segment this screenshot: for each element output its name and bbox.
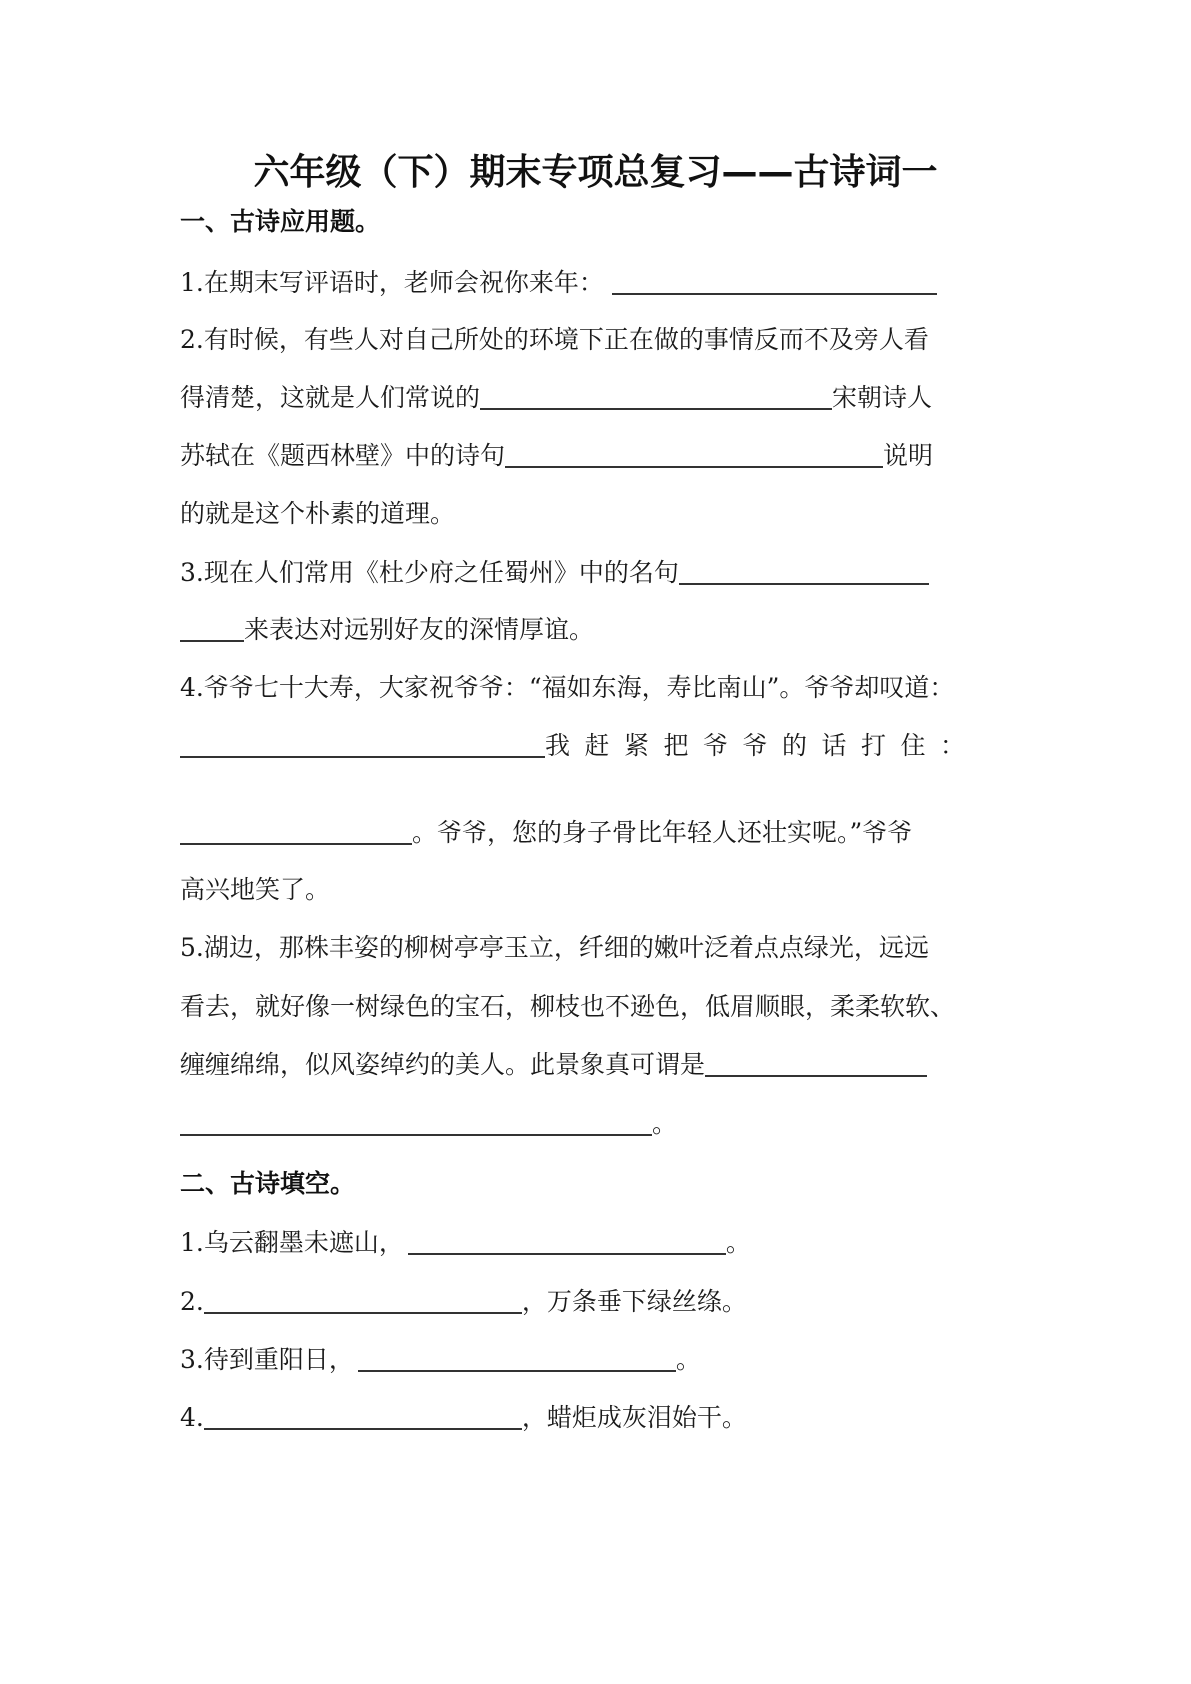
answer-blank[interactable] (505, 440, 883, 468)
question-text: 宋朝诗人 (832, 383, 932, 412)
question-1-3-line-1: 3.现在人们常用《杜少府之任蜀州》中的名句 (180, 555, 1010, 591)
question-1-5-line-3: 缠缠绵绵，似风姿绰约的美人。此景象真可谓是 (180, 1047, 1010, 1083)
question-1-2-line-4: 的就是这个朴素的道理。 (180, 496, 1010, 532)
answer-blank[interactable] (180, 817, 412, 845)
question-2-2: 2.，万条垂下绿丝绦。 (180, 1284, 1010, 1320)
question-text: 1.乌云翻墨未遮山， (180, 1228, 404, 1257)
question-1-5-line-1: 5.湖边，那株丰姿的柳树亭亭玉立，纤细的嫩叶泛着点点绿光，远远 (180, 930, 1010, 966)
question-text: 2.有时候，有些人对自己所处的环境下正在做的事情反而不及旁人看 (180, 322, 929, 358)
question-text: 的就是这个朴素的道理。 (180, 499, 455, 528)
question-1-4-line-2: 我赶紧把爷爷的话打住： (180, 728, 1010, 764)
question-text: 。 (652, 1109, 677, 1138)
answer-blank[interactable] (180, 730, 545, 758)
question-text: 苏轼在《题西林壁》中的诗句 (180, 441, 505, 470)
question-1-4-line-4: 高兴地笑了。 (180, 872, 1010, 908)
answer-blank[interactable] (612, 267, 937, 295)
answer-blank[interactable] (705, 1049, 927, 1077)
question-text: 3.待到重阳日， (180, 1345, 354, 1374)
question-1-2-line-1: 2.有时候，有些人对自己所处的环境下正在做的事情反而不及旁人看 (180, 322, 1010, 358)
question-text: ，万条垂下绿丝绦。 (522, 1287, 747, 1316)
question-text: 高兴地笑了。 (180, 875, 330, 904)
question-text: 3.现在人们常用《杜少府之任蜀州》中的名句 (180, 558, 679, 587)
answer-blank[interactable] (408, 1227, 726, 1255)
page-title: 六年级（下）期末专项总复习——古诗词一 (0, 148, 1191, 198)
question-text: 5.湖边，那株丰姿的柳树亭亭玉立，纤细的嫩叶泛着点点绿光，远远 (180, 933, 929, 962)
question-1-1: 1.在期末写评语时，老师会祝你来年： (180, 265, 1010, 301)
question-text: 说明 (883, 441, 933, 470)
question-1-4-line-3: 。爷爷，您的身子骨比年轻人还壮实呢。”爷爷 (180, 815, 1010, 851)
question-1-3-line-2: 来表达对远别好友的深情厚谊。 (180, 612, 1010, 648)
answer-blank-continued[interactable] (180, 1108, 652, 1136)
question-text: 来表达对远别好友的深情厚谊。 (244, 615, 594, 644)
question-text: 我赶紧把爷爷的话打住： (545, 731, 980, 760)
section-heading-2: 二、古诗填空。 (180, 1166, 355, 1202)
question-1-2-line-3: 苏轼在《题西林壁》中的诗句说明 (180, 438, 1010, 474)
question-text: 。爷爷，您的身子骨比年轻人还壮实呢。”爷爷 (412, 818, 912, 847)
question-text: 看去，就好像一树绿色的宝石，柳枝也不逊色，低眉顺眼，柔柔软软、 (180, 992, 955, 1021)
question-text: ，蜡炬成灰泪始干。 (522, 1403, 747, 1432)
question-2-4: 4.，蜡炬成灰泪始干。 (180, 1400, 1010, 1436)
answer-blank[interactable] (204, 1402, 522, 1430)
question-text: 1.在期末写评语时，老师会祝你来年： (180, 268, 604, 297)
answer-blank[interactable] (480, 382, 832, 410)
answer-blank[interactable] (679, 557, 929, 585)
question-text: 得清楚，这就是人们常说的 (180, 383, 480, 412)
answer-blank[interactable] (204, 1286, 522, 1314)
question-text: 4. (180, 1403, 204, 1432)
question-1-5-line-4: 。 (180, 1106, 1010, 1142)
question-1-5-line-2: 看去，就好像一树绿色的宝石，柳枝也不逊色，低眉顺眼，柔柔软软、 (180, 989, 1010, 1025)
question-1-4-line-1: 4.爷爷七十大寿，大家祝爷爷：“福如东海，寿比南山”。爷爷却叹道： (180, 670, 1010, 706)
question-text: 2. (180, 1287, 204, 1316)
question-text: 。 (676, 1345, 701, 1374)
section-heading-1: 一、古诗应用题。 (180, 204, 380, 240)
question-text: 缠缠绵绵，似风姿绰约的美人。此景象真可谓是 (180, 1050, 705, 1079)
question-1-2-line-2: 得清楚，这就是人们常说的宋朝诗人 (180, 380, 1010, 416)
answer-blank[interactable] (358, 1344, 676, 1372)
question-text: 4.爷爷七十大寿，大家祝爷爷：“福如东海，寿比南山”。爷爷却叹道： (180, 673, 954, 702)
question-2-3: 3.待到重阳日，。 (180, 1342, 1010, 1378)
answer-blank-continued[interactable] (180, 614, 244, 642)
question-2-1: 1.乌云翻墨未遮山，。 (180, 1225, 1010, 1261)
question-text: 。 (726, 1228, 751, 1257)
